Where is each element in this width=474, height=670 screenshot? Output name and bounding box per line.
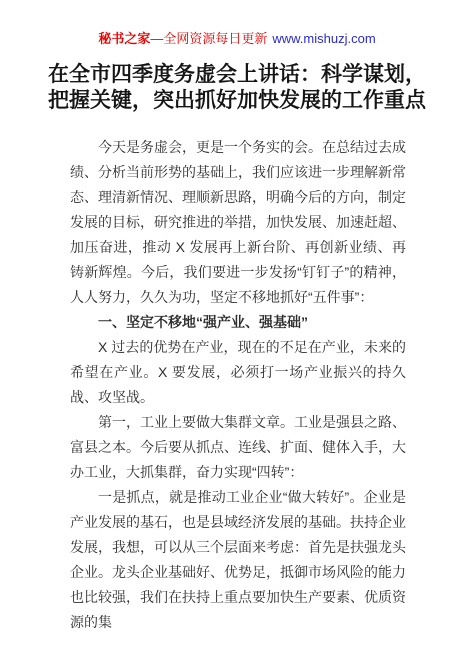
document-title: 在全市四季度务虚会上讲话：科学谋划， 把握关键，突出抓好加快发展的工作重点: [22, 62, 452, 114]
site-brand: 秘书之家: [98, 31, 150, 46]
section-heading: 一、坚定不移地“强产业、强基础”: [70, 310, 406, 335]
site-url-link[interactable]: www.mishuzj.com: [272, 31, 375, 46]
paragraph-grasp-points: 一是抓点，就是推动工业企业“做大转好”。企业是产业发展的基石，也是县域经济发展的…: [70, 485, 406, 635]
paragraph-industry-overview: X 过去的优势在产业，现在的不足在产业，未来的希望在产业。X 要发展，必须打一场…: [70, 335, 406, 410]
site-tagline: —全网资源每日更新: [150, 31, 267, 46]
document-page: 秘书之家—全网资源每日更新www.mishuzj.com 在全市四季度务虚会上讲…: [0, 0, 474, 670]
paragraph-first-point: 第一，工业上要做大集群文章。工业是强县之路、富县之本。今后要从抓点、连线、扩面、…: [70, 410, 406, 485]
paragraph-intro: 今天是务虚会，更是一个务实的会。在总结过去成绩、分析当前形势的基础上，我们应该进…: [70, 135, 406, 310]
document-title-line2: 把握关键，突出抓好加快发展的工作重点: [48, 89, 426, 112]
document-title-line1: 在全市四季度务虚会上讲话：科学谋划，: [48, 63, 426, 86]
site-header-banner: 秘书之家—全网资源每日更新www.mishuzj.com: [0, 0, 474, 47]
document-body: 今天是务虚会，更是一个务实的会。在总结过去成绩、分析当前形势的基础上，我们应该进…: [70, 135, 406, 635]
